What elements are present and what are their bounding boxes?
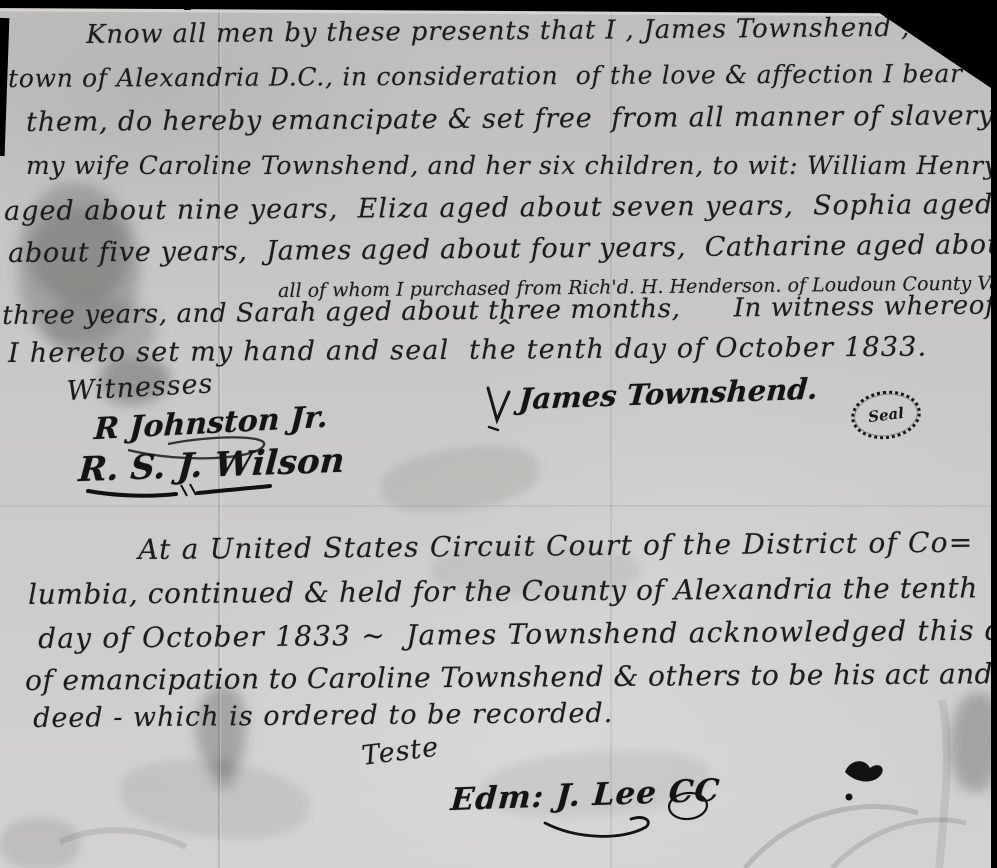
court-line: lumbia, continued & held for the County … — [28, 571, 978, 611]
scanned-document: Know all men by these presents that I , … — [0, 0, 997, 868]
scan-speck-top — [184, 0, 191, 10]
court-line: of emancipation to Caroline Townshend & … — [25, 657, 993, 697]
scan-edge-right — [991, 0, 997, 868]
horizontal-fold-crease — [0, 505, 997, 507]
deed-line: I hereto set my hand and seal the tenth … — [8, 332, 927, 369]
seal-label: Seal — [867, 404, 905, 426]
deed-line: my wife Caroline Townshend, and her six … — [26, 151, 997, 180]
stain-right-edge — [950, 692, 997, 792]
deed-line: town of Alexandria D.C., in consideratio… — [8, 59, 963, 93]
bleedthrough-mark — [0, 818, 80, 868]
court-line: deed - which is ordered to be recorded. — [33, 698, 613, 734]
